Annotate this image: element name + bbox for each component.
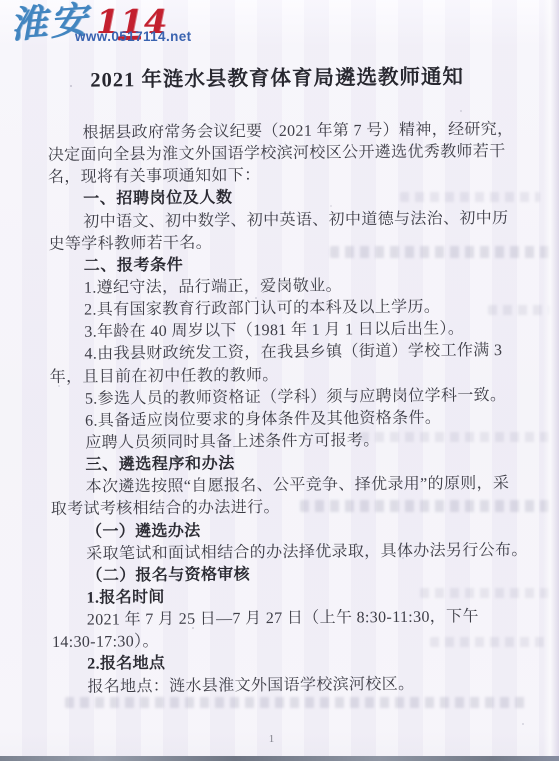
text-line: 本次遴选按照“自愿报名、公平竞争、择优录用”的原则，采 [51,473,511,499]
document-content: 2021 年涟水县教育体育局遴选教师通知 根据县政府常务会议纪要（2021 年第… [47,62,513,699]
text-line: 报名地点：涟水县淮文外国语学校滨河校区。 [52,672,512,698]
document-title: 2021 年涟水县教育体育局遴选教师通知 [47,62,507,96]
document-body: 根据县政府常务会议纪要（2021 年第 7 号）精神，经研究，决定面向全县为淮文… [47,119,512,699]
text-line: 2021 年 7 月 25 日—7 月 27 日（上午 8:30-11:30，下… [52,606,512,632]
text-line: 初中语文、初中数学、初中英语、初中道德与法治、初中历 [48,208,508,234]
logo-website-url: www.0517114.net [75,29,192,44]
text-line: 采取笔试和面试相结合的办法择优录取，具体办法另行公布。 [51,540,511,566]
scan-bottom-edge [0,756,559,761]
site-logo: 淮安 114 www.0517114.net [8,2,248,57]
scan-right-edge [543,0,559,761]
text-line: 决定面向全县为淮文外国语学校滨河校区公开遴选优秀教师若干 [48,141,508,167]
text-line: 4.由我县财政统发工资，在我县乡镇（街道）学校工作满 3 [49,340,509,366]
text-line: 6.具备适应岗位要求的身体条件及其他资格条件。 [50,407,510,433]
scanned-document-page: 淮安 114 www.0517114.net 2021 年涟水县教育体育局遴选教… [0,0,559,761]
bleed-through-ghost [65,697,530,708]
page-number: 1 [262,733,282,745]
